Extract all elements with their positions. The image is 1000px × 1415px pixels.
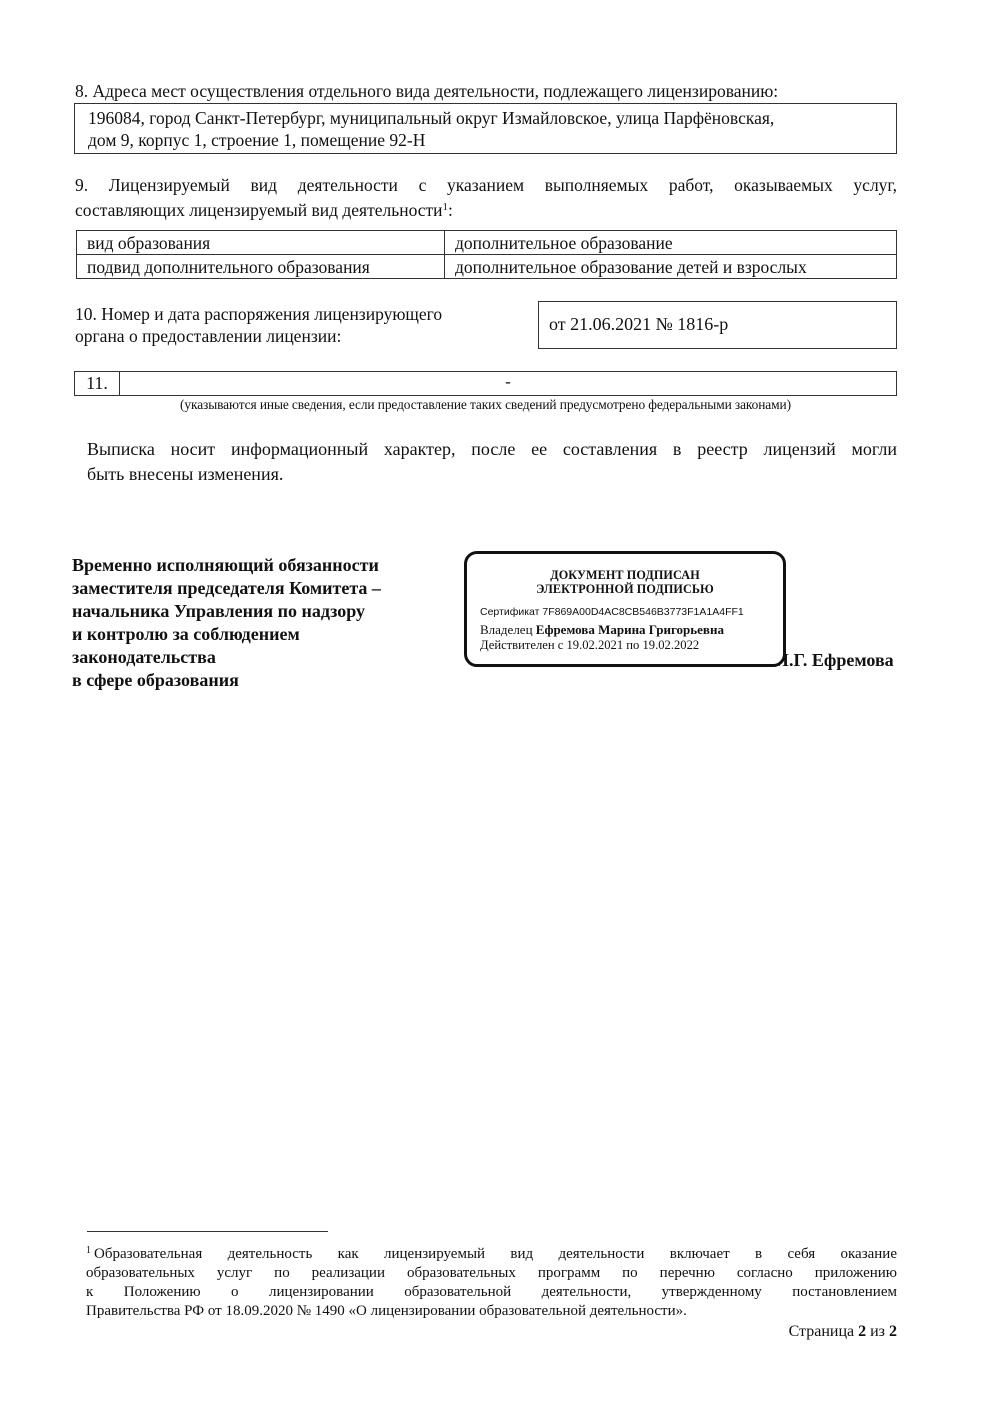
section-11-box: 11. - xyxy=(74,371,897,396)
signatory-line: начальника Управления по надзору xyxy=(72,600,462,623)
section-10-label-line-2: органа о предоставлении лицензии: xyxy=(75,325,525,347)
label-colon: : xyxy=(448,200,453,220)
section-9-label-line-2: составляющих лицензируемый вид деятельно… xyxy=(75,200,443,220)
valid-from: 19.02.2021 xyxy=(566,638,623,652)
informational-notice: Выписка носит информационный характер, п… xyxy=(87,437,897,487)
signatory-line: законодательства xyxy=(72,646,462,669)
footnote-line-2: образовательных услуг по реализации обра… xyxy=(86,1264,897,1283)
signatory-line: и контролю за соблюдением xyxy=(72,623,462,646)
owner-label: Владелец xyxy=(480,622,533,637)
footnote-divider xyxy=(87,1231,328,1232)
page-of-label: из xyxy=(870,1323,885,1340)
certificate-value: 7F869A00D4AC8CB546B3773F1A1A4FF1 xyxy=(542,606,743,618)
signatory-line: Временно исполняющий обязанности xyxy=(72,554,462,577)
valid-to: 19.02.2022 xyxy=(643,638,700,652)
owner-value: Ефремова Марина Григорьевна xyxy=(536,622,724,637)
certificate-label: Сертификат xyxy=(480,606,539,618)
electronic-signature-stamp: ДОКУМЕНТ ПОДПИСАН ЭЛЕКТРОННОЙ ПОДПИСЬЮ С… xyxy=(464,551,786,667)
table-row: вид образования дополнительное образован… xyxy=(77,231,897,255)
section-11-value: - xyxy=(120,372,896,395)
stamp-title: ДОКУМЕНТ ПОДПИСАН ЭЛЕКТРОННОЙ ПОДПИСЬЮ xyxy=(467,568,783,596)
notice-line-1: Выписка носит информационный характер, п… xyxy=(87,437,897,462)
notice-line-2: быть внесены изменения. xyxy=(87,464,283,484)
footnote-line-3: к Положению о лицензировании образовател… xyxy=(86,1283,897,1302)
address-line-1: 196084, город Санкт-Петербург, муниципал… xyxy=(88,107,884,129)
signatory-position: Временно исполняющий обязанности замести… xyxy=(72,554,462,692)
table-cell-key: подвид дополнительного образования xyxy=(77,255,445,279)
stamp-title-line-1: ДОКУМЕНТ ПОДПИСАН xyxy=(467,568,783,582)
table-row: подвид дополнительного образования допол… xyxy=(77,255,897,279)
stamp-validity: Действителен с 19.02.2021 по 19.02.2022 xyxy=(480,638,699,653)
stamp-title-line-2: ЭЛЕКТРОННОЙ ПОДПИСЬЮ xyxy=(467,582,783,596)
footnote-line-1: Образовательная деятельность как лицензи… xyxy=(94,1246,897,1262)
activity-table: вид образования дополнительное образован… xyxy=(76,230,897,279)
section-9-label-line-1: 9. Лицензируемый вид деятельности с указ… xyxy=(75,174,897,196)
section-11-number: 11. xyxy=(75,372,120,395)
stamp-certificate: Сертификат 7F869A00D4AC8CB546B3773F1A1A4… xyxy=(480,606,744,619)
stamp-owner: Владелец Ефремова Марина Григорьевна xyxy=(480,622,724,637)
page-label: Страница xyxy=(789,1323,855,1340)
address-line-2: дом 9, корпус 1, строение 1, помещение 9… xyxy=(88,129,884,151)
page-total: 2 xyxy=(889,1323,897,1340)
footnote-line-4: Правительства РФ от 18.09.2020 № 1490 «О… xyxy=(86,1302,897,1321)
order-number-date-box: от 21.06.2021 № 1816-р xyxy=(538,301,897,349)
page-number: Страница 2 из 2 xyxy=(760,1322,897,1342)
section-10-label-line-1: 10. Номер и дата распоряжения лицензирую… xyxy=(75,303,525,325)
footnote-marker: 1 xyxy=(86,1245,91,1256)
section-10-label: 10. Номер и дата распоряжения лицензирую… xyxy=(75,303,525,347)
valid-label: Действителен с xyxy=(480,638,563,652)
section-8-address-box: 196084, город Санкт-Петербург, муниципал… xyxy=(74,103,897,154)
signer-name: М.Г. Ефремова xyxy=(772,649,894,671)
section-9-label: 9. Лицензируемый вид деятельности с указ… xyxy=(75,174,897,221)
section-8-label: 8. Адреса мест осуществления отдельного … xyxy=(75,80,905,102)
table-cell-key: вид образования xyxy=(77,231,445,255)
table-cell-value: дополнительное образование детей и взрос… xyxy=(445,255,897,279)
signatory-line: заместителя председателя Комитета – xyxy=(72,577,462,600)
signatory-line: в сфере образования xyxy=(72,669,462,692)
valid-to-label: по xyxy=(626,638,639,652)
section-11-note: (указываются иные сведения, если предост… xyxy=(74,396,897,413)
page-current: 2 xyxy=(858,1323,866,1340)
table-cell-value: дополнительное образование xyxy=(445,231,897,255)
footnote: 1Образовательная деятельность как лиценз… xyxy=(86,1241,897,1321)
